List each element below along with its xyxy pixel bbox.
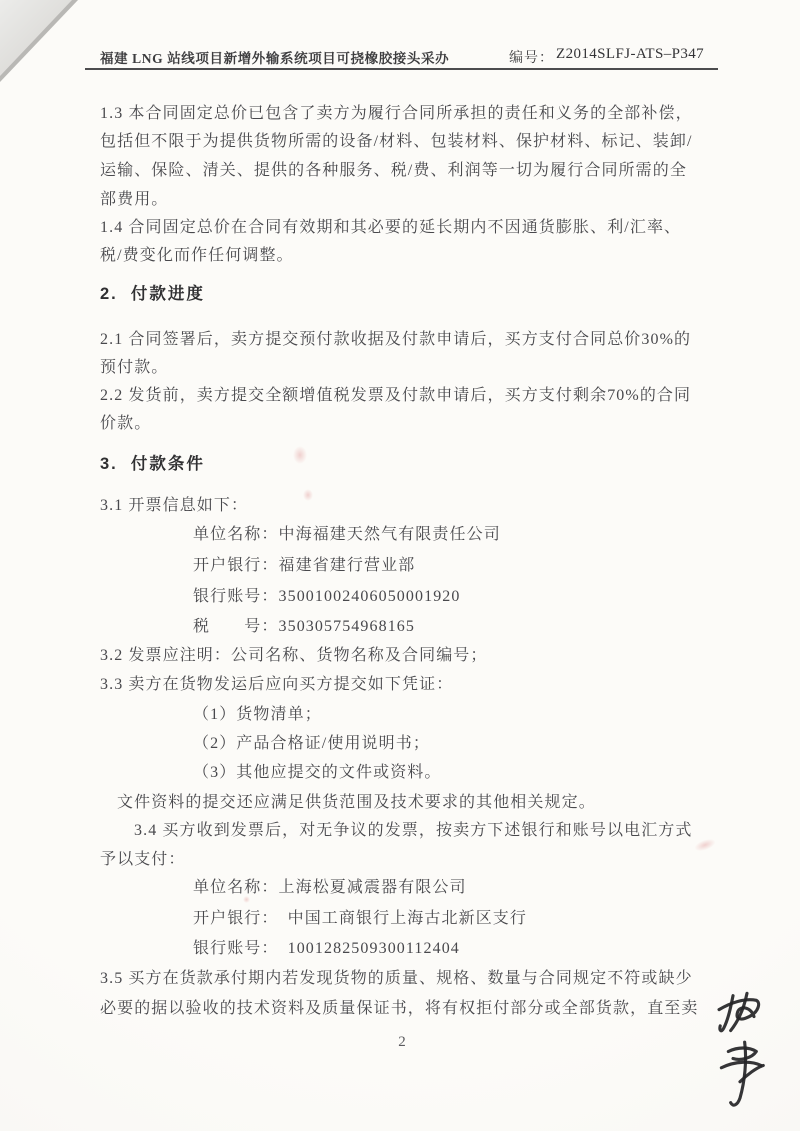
scan-stain — [293, 446, 307, 464]
signature-strokes — [702, 984, 778, 1112]
clause-1-3-line-1: 1.3 本合同固定总价已包含了卖方为履行合同所承担的责任和义务的全部补偿， — [100, 103, 693, 125]
clause-3-4-line-2: 予以支付： — [100, 849, 186, 871]
clause-3-5-line-1: 3.5 买方在货款承付期内若发现货物的质量、规格、数量与合同规定不符或缺少 — [100, 968, 693, 990]
scan-stain — [693, 837, 717, 854]
buyer-bank-name: 开户银行：福建省建行营业部 — [193, 555, 415, 577]
clause-3-3: 3.3 卖方在货物发运后应向买方提交如下凭证： — [100, 674, 453, 696]
clause-3-3-item-3: （3）其他应提交的文件或资料。 — [193, 762, 442, 784]
header-document-number: Z2014SLFJ-ATS–P347 — [556, 46, 704, 63]
clause-1-3-line-2: 包括但不限于为提供货物所需的设备/材料、包装材料、保护材料、标记、装卸/ — [100, 131, 693, 153]
header-number-label: 编号： — [509, 47, 554, 67]
seller-bank-account: 银行账号： 1001282509300112404 — [193, 938, 460, 960]
page-number: 2 — [392, 1034, 412, 1051]
handwritten-signature — [702, 984, 778, 1112]
clause-3-3-item-1: （1）货物清单； — [193, 704, 322, 726]
clause-3-3-note: 文件资料的提交还应满足供货范围及技术要求的其他相关规定。 — [117, 792, 596, 814]
scanned-contract-page: { "doc": { "header": { "title": "福建 LNG … — [0, 0, 800, 1131]
clause-2-2-line-1: 2.2 发货前，卖方提交全额增值税发票及付款申请后，买方支付剩余70%的合同 — [100, 385, 691, 407]
buyer-bank-account: 银行账号：35001002406050001920 — [193, 586, 461, 608]
buyer-company-name: 单位名称：中海福建天然气有限责任公司 — [193, 524, 501, 546]
clause-3-1: 3.1 开票信息如下： — [100, 495, 248, 517]
clause-1-3-line-4: 部费用。 — [100, 189, 168, 211]
seller-company-name: 单位名称：上海松夏减震器有限公司 — [193, 877, 467, 899]
heading-payment-terms: 3. 付款条件 — [100, 453, 205, 475]
seller-bank-name: 开户银行： 中国工商银行上海古北新区支行 — [193, 908, 527, 930]
clause-1-3-line-3: 运输、保险、清关、提供的各种服务、税/费、利润等一切为履行合同所需的全 — [100, 160, 687, 182]
clause-1-4-line-2: 税/费变化而作任何调整。 — [100, 245, 294, 267]
scan-stain — [303, 489, 313, 501]
header-title: 福建 LNG 站线项目新增外输系统项目可挠橡胶接头采办 — [100, 47, 449, 67]
clause-3-5-line-2: 必要的据以验收的技术资料及质量保证书，将有权拒付部分或全部货款，直至卖 — [100, 998, 699, 1020]
clause-2-1-line-1: 2.1 合同签署后，卖方提交预付款收据及付款申请后，买方支付合同总价30%的 — [100, 329, 691, 351]
clause-2-2-line-2: 价款。 — [100, 413, 151, 435]
heading-payment-schedule: 2. 付款进度 — [100, 283, 205, 305]
clause-3-2: 3.2 发票应注明：公司名称、货物名称及合同编号； — [100, 645, 488, 667]
clause-1-4-line-1: 1.4 合同固定总价在合同有效期和其必要的延长期内不因通货膨胀、利/汇率、 — [100, 217, 681, 239]
buyer-tax-number: 税 号：350305754968165 — [193, 616, 415, 638]
clause-3-4-line-1: 3.4 买方收到发票后，对无争议的发票，按卖方下述银行和账号以电汇方式 — [134, 820, 693, 842]
clause-3-3-item-2: （2）产品合格证/使用说明书； — [193, 733, 430, 755]
clause-2-1-line-2: 预付款。 — [100, 357, 168, 379]
header-rule — [85, 68, 718, 70]
